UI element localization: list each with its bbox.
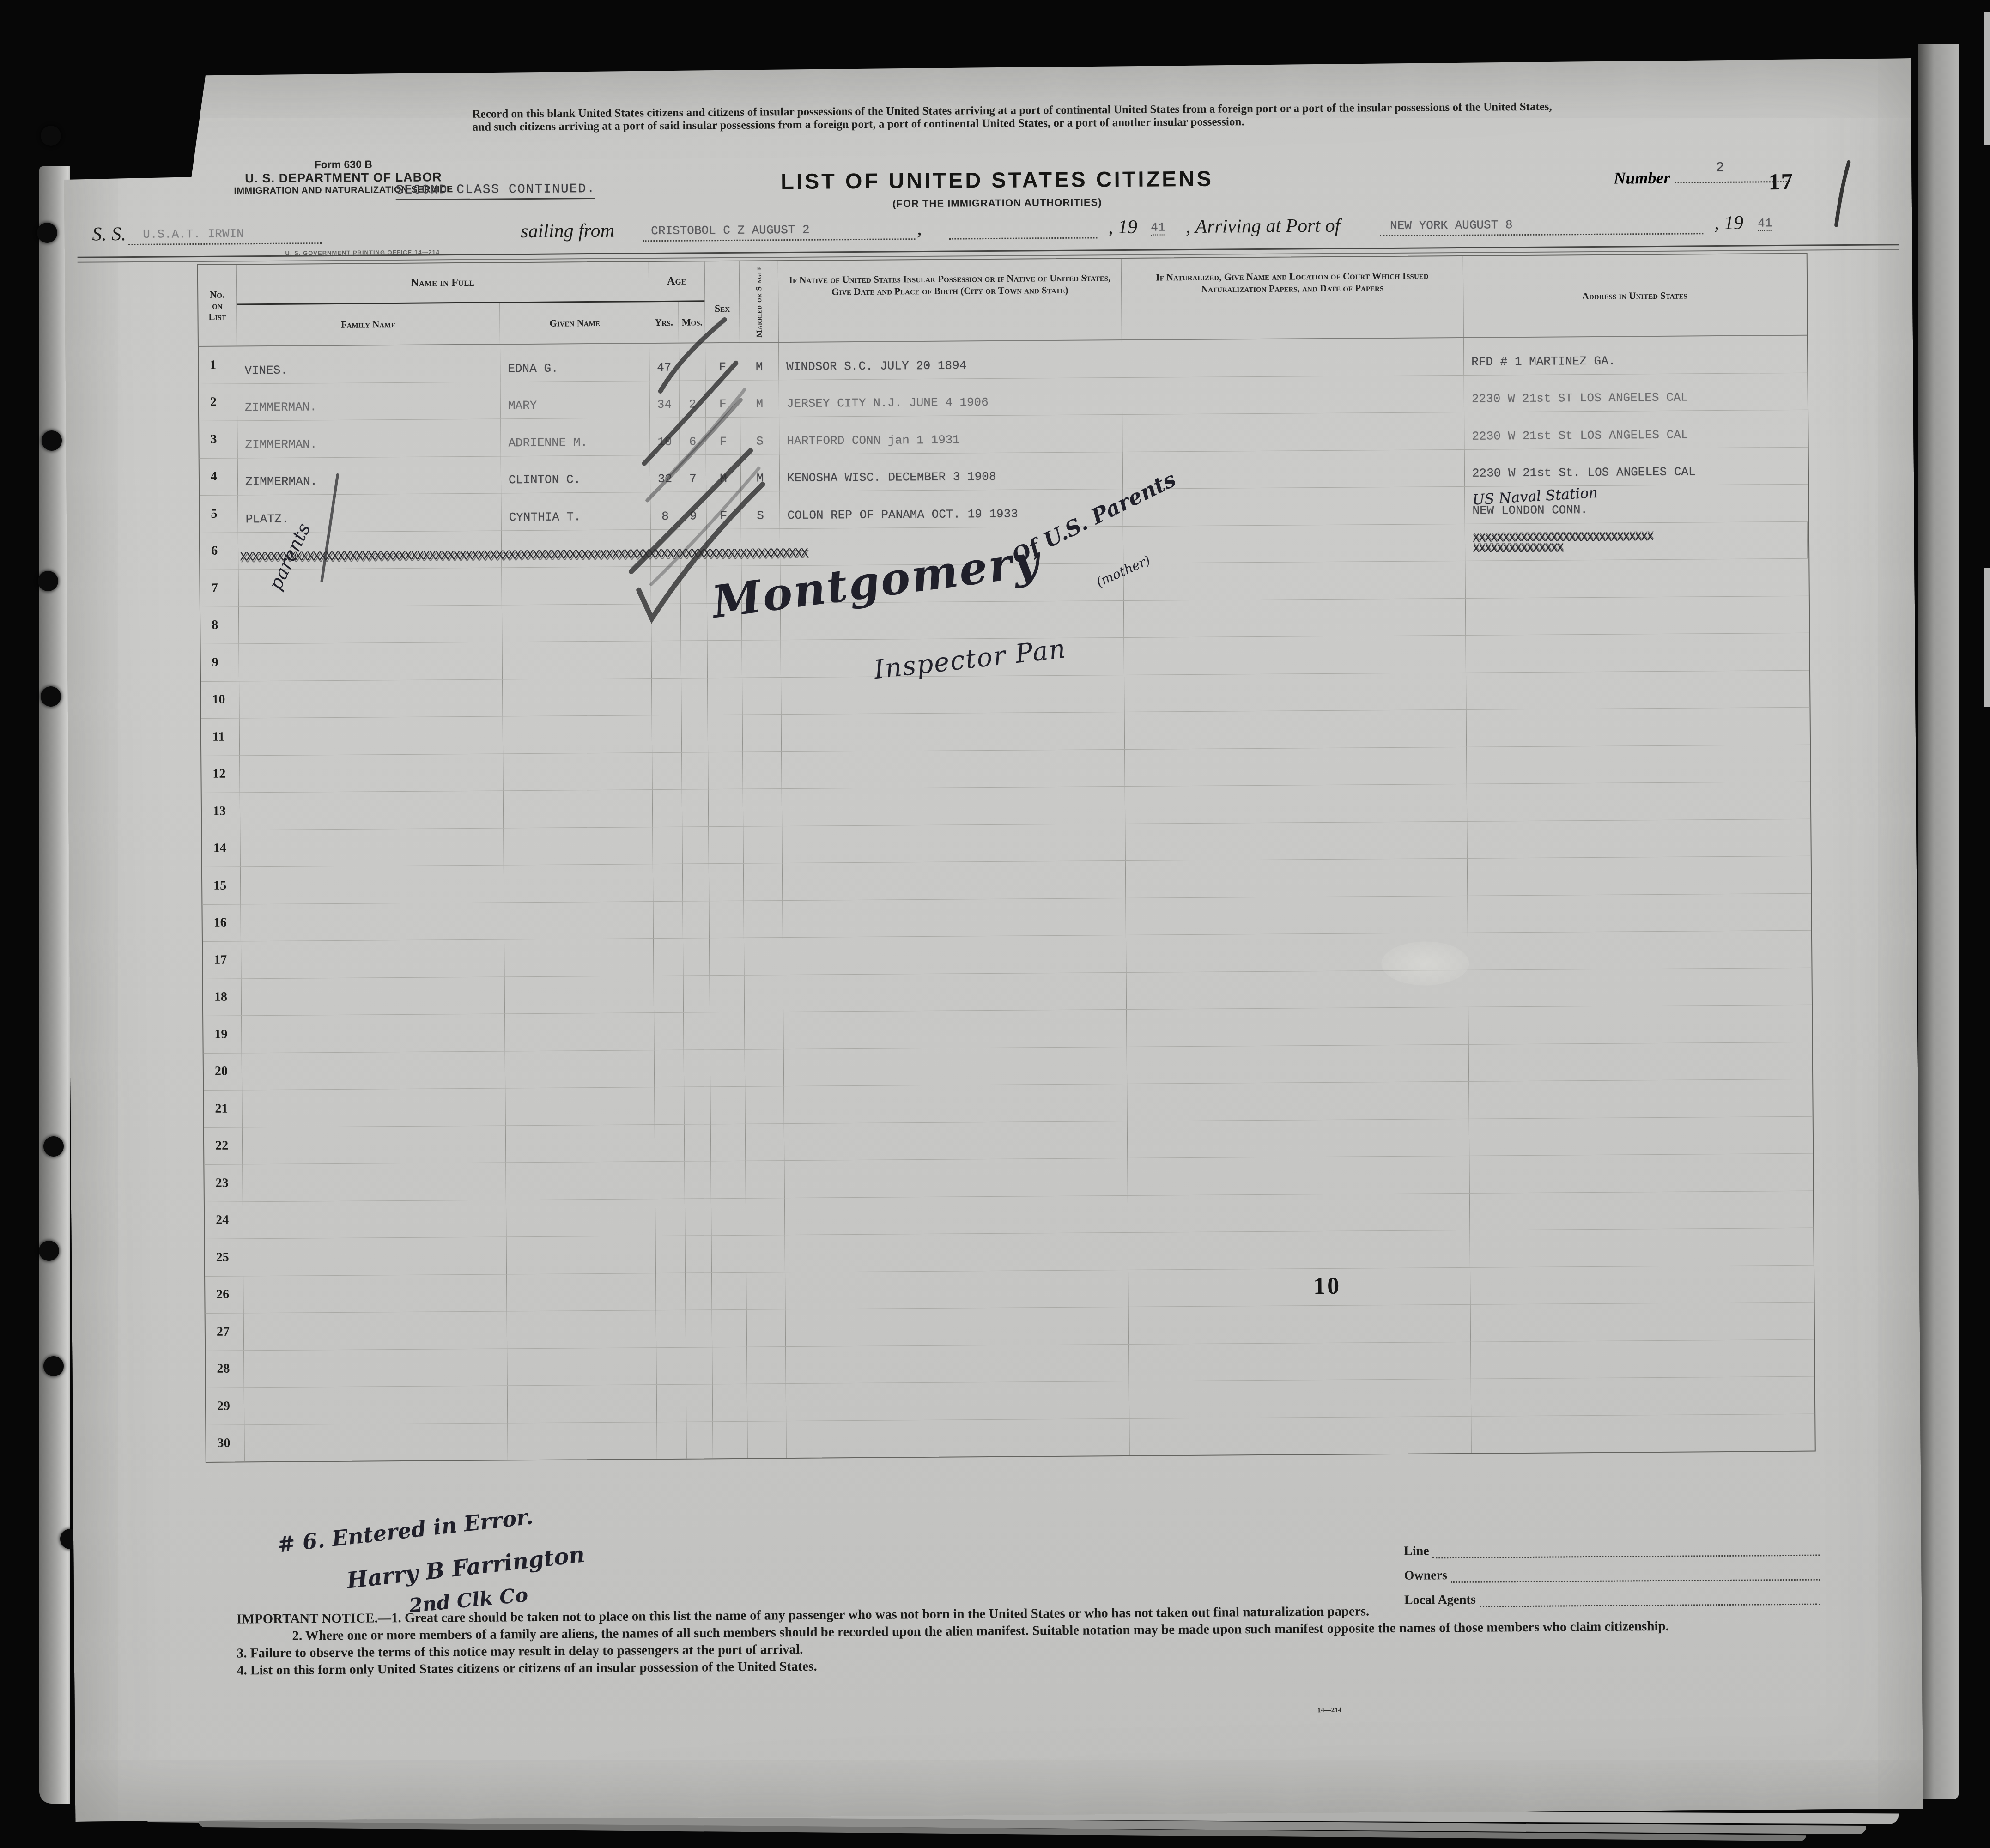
cell-ms (746, 1235, 785, 1272)
cell-addr (1468, 968, 1811, 1007)
cell-no: 22 (204, 1127, 243, 1164)
cell-nat (1127, 1007, 1469, 1047)
cell-nat (1123, 524, 1466, 563)
address-text: 2230 W 21st St LOS ANGELES CAL (1472, 428, 1688, 443)
cell-yrs: 47 (649, 344, 680, 381)
manifest-page: Form 630 B U. S. DEPARTMENT OF LABOR IMM… (63, 58, 1923, 1822)
header-name-in-full: Name in Full (237, 262, 649, 305)
cell-yrs (655, 1050, 685, 1087)
cell-birth (782, 787, 1126, 826)
cell-addr (1471, 1377, 1814, 1416)
cell-ms (746, 1198, 785, 1235)
paper-stack-left-edge (39, 166, 70, 1804)
cell-nat (1126, 859, 1468, 898)
cell-addr (1466, 670, 1809, 709)
cell-sex (710, 1087, 746, 1124)
cell-family (241, 865, 504, 903)
cell-family: PLATZ. (238, 493, 502, 532)
cell-given (506, 1162, 655, 1200)
cell-family (241, 903, 504, 941)
cell-no: 17 (203, 941, 242, 978)
cell-given (508, 1385, 657, 1423)
hole-punch (39, 1241, 59, 1261)
cell-ms (742, 640, 781, 677)
cell-sex (707, 641, 742, 678)
cell-mos (681, 604, 708, 641)
cell-yrs (651, 604, 681, 641)
cell-mos (686, 1310, 713, 1347)
hole-punch (38, 571, 58, 591)
cell-birth (783, 898, 1126, 937)
cell-given (502, 604, 652, 642)
cell-given (504, 790, 653, 828)
sailing-from-label: sailing from (521, 220, 614, 242)
cell-yrs (653, 864, 683, 901)
cell-sex (710, 1012, 745, 1049)
cell-no: 8 (200, 607, 239, 644)
cell-given (505, 1087, 655, 1125)
cell-yrs (653, 827, 683, 864)
cell-ms (747, 1347, 786, 1384)
cell-no: 21 (204, 1090, 243, 1127)
cell-given (505, 976, 655, 1014)
number-value: 2 (1716, 160, 1724, 176)
cell-sex: F (705, 343, 740, 380)
cell-addr: XXXXXXXXXXXXXXXXXXXXXXXXXXXXXXXXXXXXXXXX… (1465, 521, 1808, 561)
cell-mos (682, 715, 709, 752)
hole-punch (37, 223, 57, 243)
cell-nat (1125, 784, 1468, 824)
cell-nat (1124, 673, 1467, 712)
cell-ms (745, 975, 784, 1012)
arrival-port-date: NEW YORK AUGUST 8 (1390, 218, 1512, 233)
cell-no: 20 (204, 1053, 243, 1090)
cell-yrs (654, 939, 684, 976)
cell-birth (785, 1270, 1129, 1309)
cell-no: 18 (203, 979, 242, 1016)
cell-mos: 2 (680, 381, 706, 418)
sailing-year: 41 (1151, 220, 1165, 235)
cell-nat (1127, 1044, 1469, 1084)
header-age: Age (649, 261, 705, 302)
cell-ms (747, 1384, 787, 1421)
cell-yrs (655, 1162, 685, 1199)
adjacent-page-edge (1918, 44, 1959, 1799)
cell-mos (682, 789, 709, 826)
cell-mos (681, 641, 708, 678)
hole-punch (41, 686, 61, 707)
cell-nat (1129, 1305, 1471, 1344)
cell-ms: S (741, 491, 780, 528)
cell-sex (711, 1161, 746, 1198)
cell-no: 7 (200, 570, 239, 606)
cell-mos (685, 1124, 711, 1161)
cell-mos (683, 864, 710, 901)
cell-given (506, 1199, 656, 1237)
cell-addr (1470, 1265, 1813, 1304)
ss-label: S. S. (92, 223, 126, 246)
cell-ms (743, 789, 783, 826)
cell-addr (1467, 745, 1809, 784)
hole-punch (41, 126, 61, 146)
header-given-name: Given Name (500, 302, 649, 344)
cell-given (503, 679, 652, 716)
cell-ms (743, 752, 782, 789)
cell-birth (784, 1084, 1128, 1123)
cell-mos (685, 1199, 712, 1236)
cell-birth: JERSEY CITY N.J. JUNE 4 1906 (779, 378, 1123, 417)
header-yrs: Yrs. (649, 302, 679, 343)
hole-punch (42, 430, 62, 451)
header-age-group: Age Yrs. Mos. (649, 261, 705, 343)
cell-yrs: 8 (650, 492, 680, 529)
cell-family: VINES. (237, 345, 501, 383)
cell-nat (1128, 1156, 1470, 1195)
cell-given: CLINTON C. (501, 455, 651, 493)
cell-mos: 7 (680, 455, 707, 492)
cell-sex: M (706, 454, 741, 491)
cell-nat (1129, 1379, 1472, 1418)
cell-addr (1467, 819, 1810, 858)
cell-yrs (655, 1236, 686, 1273)
cell-no: 27 (206, 1313, 244, 1350)
cell-sex (709, 901, 744, 938)
cell-yrs (654, 1013, 684, 1050)
cell-mos (684, 1012, 710, 1049)
cell-given (507, 1348, 657, 1386)
cell-mos (686, 1273, 712, 1310)
cell-mos (684, 1087, 711, 1124)
cell-sex (712, 1347, 747, 1384)
cell-no: 29 (206, 1388, 245, 1424)
cell-birth (785, 1195, 1128, 1235)
cell-addr (1471, 1339, 1814, 1379)
cell-nat (1124, 636, 1466, 675)
cell-family: ZIMMERMAN. (237, 382, 501, 420)
cell-ms (746, 1124, 785, 1161)
cell-nat (1123, 487, 1465, 526)
cell-addr (1470, 1228, 1813, 1267)
error-note-line2: Harry B Farrington (346, 1541, 586, 1594)
cell-given: CYNTHIA T. (501, 492, 651, 530)
cell-family (243, 1200, 507, 1238)
cell-ms (746, 1272, 786, 1309)
cell-yrs (652, 715, 682, 752)
cell-family (244, 1423, 508, 1461)
cell-sex: F (706, 492, 741, 529)
cell-yrs (652, 752, 682, 789)
cell-sex: F (706, 418, 741, 454)
cell-given: MARY (501, 381, 650, 419)
cell-mos (686, 1422, 713, 1459)
cell-no: 25 (205, 1239, 243, 1276)
header-sex: Sex (705, 261, 740, 343)
cell-sex (712, 1272, 747, 1309)
cell-given (507, 1310, 657, 1348)
cell-sex (708, 715, 743, 752)
cell-given (504, 864, 654, 902)
cell-mos (683, 938, 710, 975)
cell-sex (708, 678, 743, 715)
cell-sex (710, 975, 745, 1012)
cell-nat (1126, 896, 1468, 935)
cell-no: 12 (201, 756, 240, 793)
cell-nat (1128, 1267, 1471, 1307)
cell-family (243, 1163, 506, 1201)
arriving-label: , Arriving at Port of (1186, 215, 1340, 238)
header-married-single-label: Married or Single (755, 266, 763, 337)
cell-family (243, 1274, 507, 1313)
line-field: Line (1404, 1532, 1820, 1559)
cell-yrs (651, 641, 681, 678)
cell-given (503, 715, 653, 753)
cell-nat (1122, 338, 1464, 377)
cell-given (505, 1013, 655, 1051)
cell-addr (1467, 782, 1810, 821)
cell-family (244, 1349, 508, 1387)
cell-yrs (656, 1273, 686, 1310)
cell-given (503, 753, 653, 791)
cell-birth (782, 749, 1125, 788)
owners-blank (1451, 1565, 1820, 1583)
cell-given: EDNA G. (500, 344, 650, 382)
cell-given (505, 1050, 655, 1088)
cell-family (242, 1051, 506, 1090)
cell-given (504, 939, 654, 976)
hole-punch (43, 1356, 64, 1376)
cell-birth: HARTFORD CONN jan 1 1931 (779, 415, 1123, 454)
line-blank (1433, 1541, 1820, 1559)
cell-yrs (652, 678, 682, 715)
cell-yrs (655, 1199, 686, 1236)
cell-sex (709, 864, 744, 901)
page-sliver-top-right (1984, 12, 1990, 145)
cell-no: 2 (199, 384, 238, 421)
cell-given (506, 1125, 655, 1163)
cell-mos (682, 752, 709, 789)
cell-no: 10 (201, 681, 240, 718)
cell-sex (710, 1049, 746, 1086)
cell-addr (1468, 1005, 1811, 1044)
agents-block: Line Owners Local Agents (1404, 1532, 1820, 1608)
cell-ms (743, 715, 782, 751)
header-name-group: Name in Full Family Name Given Name (237, 262, 649, 345)
cell-addr (1469, 1116, 1812, 1156)
cell-given (508, 1422, 657, 1460)
cell-mos (686, 1347, 713, 1384)
cell-sex: F (706, 380, 741, 417)
cell-mos: 6 (680, 418, 706, 454)
owners-label: Owners (1404, 1568, 1448, 1583)
cell-ms (743, 826, 783, 863)
cell-family (240, 754, 504, 792)
header-birth: If Native of United States Insular Posse… (778, 259, 1122, 342)
cell-no: 30 (206, 1425, 245, 1462)
cell-birth (785, 1233, 1128, 1272)
form-code: 14—214 (1317, 1707, 1342, 1715)
cell-nat (1124, 598, 1466, 637)
cell-birth (781, 675, 1125, 715)
passenger-table: No. on List Name in Full Family Name Giv… (197, 253, 1816, 1463)
address-text: RFD # 1 MARTINEZ GA. (1471, 354, 1615, 369)
cell-no: 19 (203, 1016, 242, 1053)
cell-nat (1125, 747, 1467, 786)
cell-nat (1123, 561, 1466, 600)
cell-no: 3 (199, 421, 238, 458)
cell-birth (783, 972, 1127, 1012)
cell-ms (744, 938, 783, 975)
cell-no: 1 (199, 346, 237, 383)
cell-yrs: 34 (650, 381, 680, 418)
cell-family (244, 1386, 508, 1424)
cell-family (243, 1126, 506, 1164)
cell-addr (1465, 559, 1808, 598)
cell-birth (784, 1158, 1128, 1198)
cell-family (239, 679, 503, 718)
cell-yrs (657, 1385, 687, 1422)
cell-no: 5 (200, 495, 238, 532)
cell-given (502, 641, 652, 679)
cell-addr: 2230 W 21st St LOS ANGELES CAL (1464, 410, 1807, 449)
cell-nat (1122, 375, 1465, 414)
cell-no: 26 (205, 1276, 244, 1313)
cell-addr (1467, 708, 1809, 747)
cell-family (239, 605, 503, 643)
page-sliver-right (1984, 568, 1990, 707)
cell-family (243, 1237, 507, 1275)
cell-mos (679, 343, 706, 380)
cell-no: 24 (205, 1202, 243, 1239)
cell-nat (1128, 1119, 1470, 1158)
cell-addr (1469, 1154, 1812, 1193)
cell-ms (745, 1012, 784, 1049)
cell-mos (684, 976, 710, 1012)
cell-birth (783, 935, 1127, 975)
cell-no: 13 (202, 793, 241, 830)
cell-birth: WINDSOR S.C. JULY 20 1894 (779, 340, 1122, 380)
header-address: Address in United States (1463, 254, 1806, 337)
cell-birth: KENOSHA WISC. DECEMBER 3 1908 (780, 452, 1123, 491)
header-mos: Mos. (679, 302, 705, 342)
number-label: Number (1614, 169, 1670, 188)
cell-birth (783, 861, 1126, 900)
table-body: 1VINES.EDNA G.47FMWINDSOR S.C. JULY 20 1… (199, 336, 1815, 1462)
cell-nat (1129, 1416, 1472, 1455)
voyage-line: S. S. U.S.A.T. IRWIN sailing from CRISTO… (92, 203, 1833, 245)
cell-addr (1471, 1414, 1814, 1453)
cell-family (242, 1088, 506, 1127)
cell-family: ZIMMERMAN. (238, 456, 502, 495)
header-no-on-list: No. on List (198, 265, 237, 346)
owners-field: Owners (1404, 1556, 1820, 1583)
cell-mos (683, 901, 710, 938)
cell-addr: US Naval StationNEW LONDON CONN. (1465, 485, 1808, 524)
arrival-year-label: , 19 (1714, 212, 1743, 234)
cell-family (240, 716, 504, 755)
cell-mos (680, 566, 707, 603)
empty-blank-line (949, 218, 1097, 239)
cell-sex (711, 1124, 746, 1161)
cell-sex (709, 789, 744, 826)
cell-mos (685, 1236, 712, 1272)
cell-family (240, 791, 504, 829)
cell-family: ZIMMERMAN. (237, 419, 501, 457)
cell-nat (1127, 1082, 1469, 1121)
line-label: Line (1404, 1544, 1429, 1558)
cell-sex (711, 1198, 746, 1235)
cell-yrs (651, 567, 681, 604)
page-number-stamp: 17 (1768, 168, 1793, 195)
cell-nat (1128, 1193, 1470, 1232)
address-text: 2230 W 21st St. LOS ANGELES CAL (1472, 465, 1696, 480)
cell-given (506, 1236, 656, 1274)
cell-ms: M (740, 343, 779, 380)
cell-birth (786, 1344, 1129, 1383)
page-title: LIST OF UNITED STATES CITIZENS (489, 164, 1505, 196)
cell-addr: 2230 W 21st ST LOS ANGELES CAL (1464, 373, 1807, 412)
cell-addr: RFD # 1 MARTINEZ GA. (1464, 336, 1807, 375)
cell-addr (1469, 1042, 1812, 1081)
cell-mos (682, 827, 709, 864)
cell-family (242, 1014, 505, 1052)
cell-yrs (654, 976, 684, 1012)
cell-addr (1468, 931, 1811, 970)
cell-yrs (656, 1310, 686, 1347)
cell-nat (1122, 412, 1465, 452)
cell-addr (1468, 893, 1810, 933)
cell-sex (708, 752, 743, 789)
cell-ms (744, 901, 783, 938)
cell-yrs (653, 901, 683, 938)
cell-yrs (657, 1422, 687, 1459)
cell-yrs (655, 1124, 685, 1161)
cell-given (507, 1273, 656, 1311)
cell-sex (710, 938, 745, 975)
cell-yrs (655, 1087, 685, 1124)
cell-mos (685, 1161, 711, 1198)
cell-birth (782, 712, 1125, 751)
cell-birth (782, 824, 1126, 863)
cell-no: 23 (204, 1164, 243, 1201)
cell-no: 6 (200, 533, 239, 570)
address-text: 2230 W 21st ST LOS ANGELES CAL (1472, 390, 1688, 406)
sailing-year-label: , 19 (1108, 216, 1137, 238)
cell-yrs: 10 (650, 418, 680, 455)
cell-ms: M (740, 380, 780, 417)
stamp-10: 10 (1313, 1272, 1341, 1300)
cell-addr (1470, 1191, 1813, 1230)
header-naturalization: If Naturalized, Give Name and Location o… (1122, 256, 1464, 339)
cell-addr (1466, 633, 1808, 673)
cell-addr: 2230 W 21st St. LOS ANGELES CAL (1465, 447, 1808, 486)
intro-paragraph: Record on this blank United States citiz… (472, 100, 1562, 133)
cell-birth (786, 1381, 1130, 1421)
cell-ms (747, 1309, 786, 1346)
error-note-line1: # 6. Entered in Error. (276, 1504, 534, 1557)
form-number: Form 630 B (209, 158, 477, 172)
cell-addr (1468, 856, 1810, 896)
cell-sex (711, 1236, 746, 1272)
cell-yrs (653, 790, 683, 827)
cell-no: 4 (200, 458, 238, 495)
cell-yrs: 32 (650, 455, 680, 492)
cell-mos (684, 1050, 711, 1087)
cell-mos (686, 1384, 713, 1421)
cell-ms: M (741, 454, 780, 491)
header-married-single: Married or Single (740, 261, 779, 342)
cell-mos (681, 678, 708, 715)
cell-no: 14 (202, 830, 241, 867)
